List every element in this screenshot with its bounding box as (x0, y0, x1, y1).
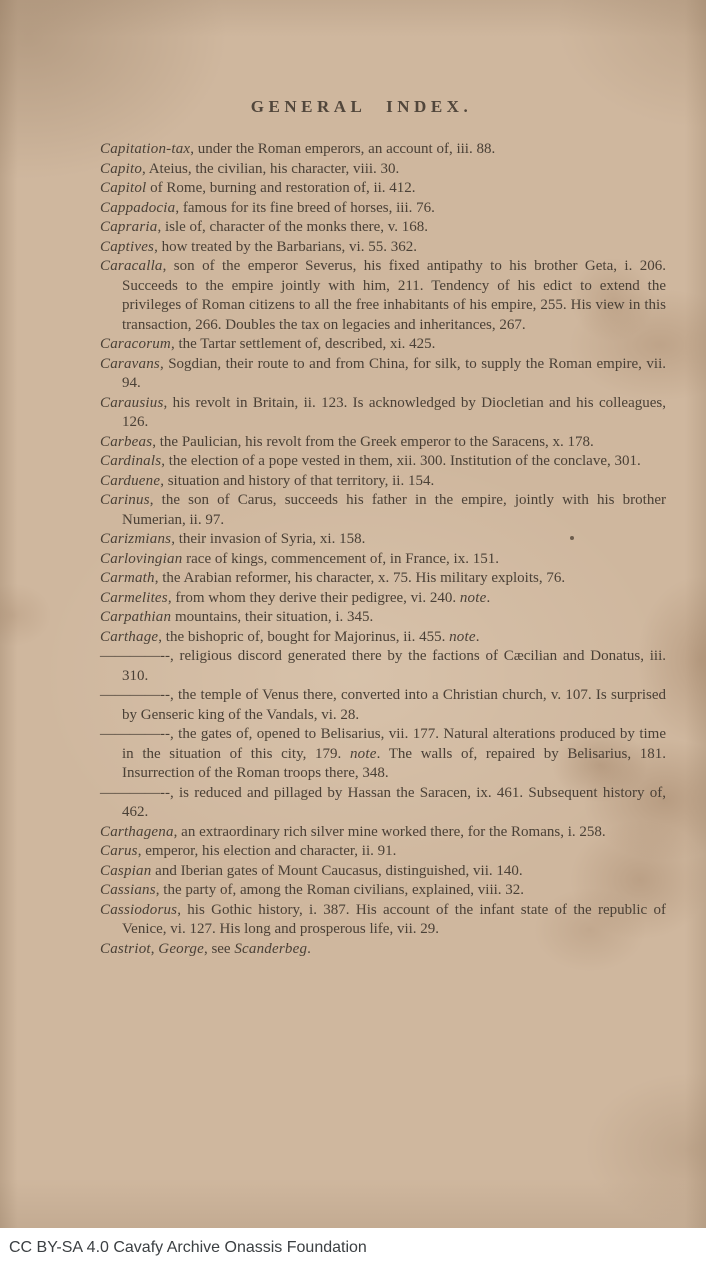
index-entry: Cassiodorus, his Gothic history, i. 387.… (100, 901, 666, 940)
index-entry: ————--, religious discord generated ther… (100, 647, 666, 686)
index-entry: Carpathian mountains, their situation, i… (100, 608, 666, 628)
index-entry: Cassians, the party of, among the Roman … (100, 881, 666, 901)
index-entry: Carus, emperor, his election and charact… (100, 842, 666, 862)
index-entry: Cappadocia, famous for its fine breed of… (100, 199, 666, 219)
index-entry: ————--, is reduced and pillaged by Hassa… (100, 784, 666, 823)
index-entry: Caravans, Sogdian, their route to and fr… (100, 355, 666, 394)
index-entry: Carizmians, their invasion of Syria, xi.… (100, 530, 666, 550)
index-entry: Capitation-tax, under the Roman emperors… (100, 140, 666, 160)
index-entry: Cardinals, the election of a pope vested… (100, 452, 666, 472)
index-entry: Caracorum, the Tartar settlement of, des… (100, 335, 666, 355)
index-entries: Capitation-tax, under the Roman emperors… (100, 140, 666, 959)
scanned-book-page: GENERAL INDEX. Capitation-tax, under the… (0, 0, 706, 1228)
index-entry: Castriot, George, see Scanderbeg. (100, 940, 666, 960)
index-entry: Caracalla, son of the emperor Severus, h… (100, 257, 666, 335)
index-entry: Carmelites, from whom they derive their … (100, 589, 666, 609)
index-entry: Carduene, situation and history of that … (100, 472, 666, 492)
index-entry: Carausius, his revolt in Britain, ii. 12… (100, 394, 666, 433)
index-entry: Capraria, isle of, character of the monk… (100, 218, 666, 238)
index-entry: Captives, how treated by the Barbarians,… (100, 238, 666, 258)
license-bar: CC BY-SA 4.0 Cavafy Archive Onassis Foun… (0, 1228, 706, 1267)
index-entry: Capitol of Rome, burning and restoration… (100, 179, 666, 199)
index-entry: Carinus, the son of Carus, succeeds his … (100, 491, 666, 530)
index-entry: Capito, Ateius, the civilian, his charac… (100, 160, 666, 180)
index-entry: Carthage, the bishopric of, bought for M… (100, 628, 666, 648)
index-entry: Carmath, the Arabian reformer, his chara… (100, 569, 666, 589)
index-entry: Carlovingian race of kings, commencement… (100, 550, 666, 570)
index-entry: Carthagena, an extraordinary rich silver… (100, 823, 666, 843)
index-entry: ————--, the gates of, opened to Belisari… (100, 725, 666, 784)
license-text: CC BY-SA 4.0 Cavafy Archive Onassis Foun… (0, 1239, 367, 1257)
page-title: GENERAL INDEX. (79, 0, 644, 117)
index-entry: Carbeas, the Paulician, his revolt from … (100, 433, 666, 453)
index-entry: ————--, the temple of Venus there, conve… (100, 686, 666, 725)
ink-speck (570, 536, 574, 540)
index-entry: Caspian and Iberian gates of Mount Cauca… (100, 862, 666, 882)
